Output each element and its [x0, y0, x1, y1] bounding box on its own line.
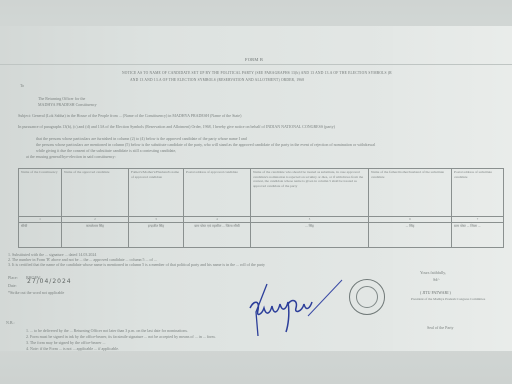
header-substitute-address: Postal address of substitute candidate [452, 169, 504, 217]
date-label: Date: [8, 283, 17, 288]
item-i: that the persons whose particulars are f… [36, 136, 326, 141]
footnotes-label: N.B.: [6, 320, 15, 325]
header-constituency: Name of the Constituency [19, 169, 62, 217]
candidate-table: Name of the Constituency Name of the app… [18, 168, 504, 248]
signatory-sd: Sd/- [433, 277, 440, 282]
item-ii-cont: while giving it due the consent of the s… [36, 148, 226, 153]
place-label: Place: [8, 275, 18, 280]
footnote-item: 2. Form must be signed in ink by the off… [26, 334, 384, 339]
paper-fold-line [0, 64, 512, 65]
header-substitute-parent: Name of the father/mother/husband of the… [369, 169, 452, 217]
signatory-yours-faithfully: Yours faithfully, [420, 270, 446, 275]
signature-icon [242, 278, 352, 338]
footnote-item: 3. The form may be signed by the office-… [26, 340, 126, 345]
form-title: NOTICE AS TO NAME OF CANDIDATE SET UP BY… [122, 71, 392, 75]
table-row: सीधी कमलेश्वर सिंह इन्द्रजीत सिंह ग्राम … [19, 222, 504, 247]
cell-constituency: सीधी [19, 222, 62, 247]
header-parent-name: Father's/Mother's/Husband's name of appr… [129, 169, 184, 217]
seal-label: Seal of the Party [427, 325, 454, 330]
addressee-line2: MADHYA PRADESH Constituency [38, 102, 97, 107]
header-approved-candidate: Name of the approved candidate [62, 169, 129, 217]
cell-substitute-candidate: ... सिंह [251, 222, 369, 247]
note-line3: 3. It is certified that the name of the … [8, 262, 403, 267]
header-postal-address: Postal address of approved candidate [184, 169, 251, 217]
subject-line: Subject: General (Lok Sabha) in the Hous… [18, 113, 423, 118]
item-ii: the persons whose particulars are mentio… [36, 142, 476, 147]
cell-substitute-parent: ... सिंह [369, 222, 452, 247]
footnote-item: 1. ... to be delivered by the ... Return… [26, 328, 256, 333]
cell-postal-address: ग्राम पोस्ट एवं तहसील ... जिला सीधी [184, 222, 251, 247]
header-substitute-candidate: Name of the candidate who should be trea… [251, 169, 369, 217]
signatory-designation: President of the Madhya Pradesh Congress… [411, 297, 506, 302]
table-header-row: Name of the Constituency Name of the app… [19, 169, 504, 217]
cell-parent-name: इन्द्रजीत सिंह [129, 222, 184, 247]
strike-note: *Strike out the word not applicable [8, 290, 64, 295]
addressee-line1: The Returning Officer for the [38, 96, 85, 101]
date-value-handwritten: 27/04/2024 [27, 278, 72, 285]
cell-approved-candidate: कमलेश्वर सिंह [62, 222, 129, 247]
to-label: To [20, 83, 24, 88]
item-ii-end: at the ensuing general/bye-election in s… [26, 154, 166, 159]
form-title-line2: AND 13 AND 13.A OF THE ELECTION SYMBOLS … [130, 78, 395, 82]
intro-line: In pursuance of paragraphs 13(b), (c) an… [18, 124, 438, 129]
party-seal-stamp [349, 279, 385, 315]
form-label: FORM B [245, 57, 263, 62]
cell-substitute-address: ग्राम पोस्ट ... जिला ... [452, 222, 504, 247]
signatory-name: ( JITU PATWARI ) [420, 290, 451, 295]
footnote-item: 4. Note: if the Form ... is not ... appl… [26, 346, 221, 351]
